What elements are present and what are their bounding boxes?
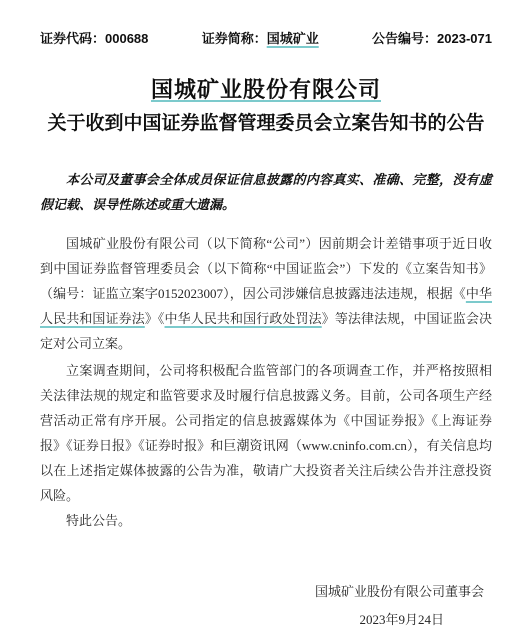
disclaimer-statement: 本公司及董事会全体成员保证信息披露的内容真实、准确、完整，没有虚假记载、误导性陈… — [0, 167, 532, 217]
announcement-number-label: 公告编号： — [372, 31, 437, 46]
announcement-document: 证券代码：000688 证券简称：国城矿业 公告编号：2023-071 国城矿业… — [0, 0, 532, 633]
para1-segment: 》《 — [145, 311, 165, 326]
signature-block: 国城矿业股份有限公司董事会 2023年9月24日 — [0, 579, 532, 632]
admin-penalty-law-link[interactable]: 中华人民共和国行政处罚法 — [165, 311, 322, 326]
paragraph-investigation-status: 立案调查期间，公司将积极配合监管部门的各项调查工作，并严格按照相关法律法规的规定… — [0, 358, 532, 508]
stock-code-group: 证券代码：000688 — [40, 28, 148, 47]
board-signature: 国城矿业股份有限公司董事会 — [40, 579, 492, 604]
paragraph-filing-notice: 国城矿业股份有限公司（以下简称“公司”）因前期会计差错事项于近日收到中国证券监督… — [0, 231, 532, 356]
company-title-link[interactable]: 国城矿业股份有限公司 — [151, 77, 381, 102]
announcement-title: 关于收到中国证券监督管理委员会立案告知书的公告 — [0, 111, 532, 137]
company-title: 国城矿业股份有限公司 — [0, 77, 532, 103]
para1-segment: 国城矿业股份有限公司（以下简称“公司”）因前期会计差错事项于近日收到中国证券监督… — [40, 236, 492, 301]
stock-name-label: 证券简称： — [202, 31, 267, 46]
announcement-number-value: 2023-071 — [437, 31, 492, 46]
closing-statement: 特此公告。 — [0, 508, 532, 533]
announcement-number-group: 公告编号：2023-071 — [372, 28, 492, 47]
stock-name-link[interactable]: 国城矿业 — [267, 31, 319, 46]
stock-name-group: 证券简称：国城矿业 — [202, 28, 319, 47]
document-header: 证券代码：000688 证券简称：国城矿业 公告编号：2023-071 — [0, 28, 532, 47]
stock-code-value: 000688 — [105, 31, 148, 46]
stock-code-label: 证券代码： — [40, 31, 105, 46]
announcement-date: 2023年9月24日 — [40, 607, 492, 632]
